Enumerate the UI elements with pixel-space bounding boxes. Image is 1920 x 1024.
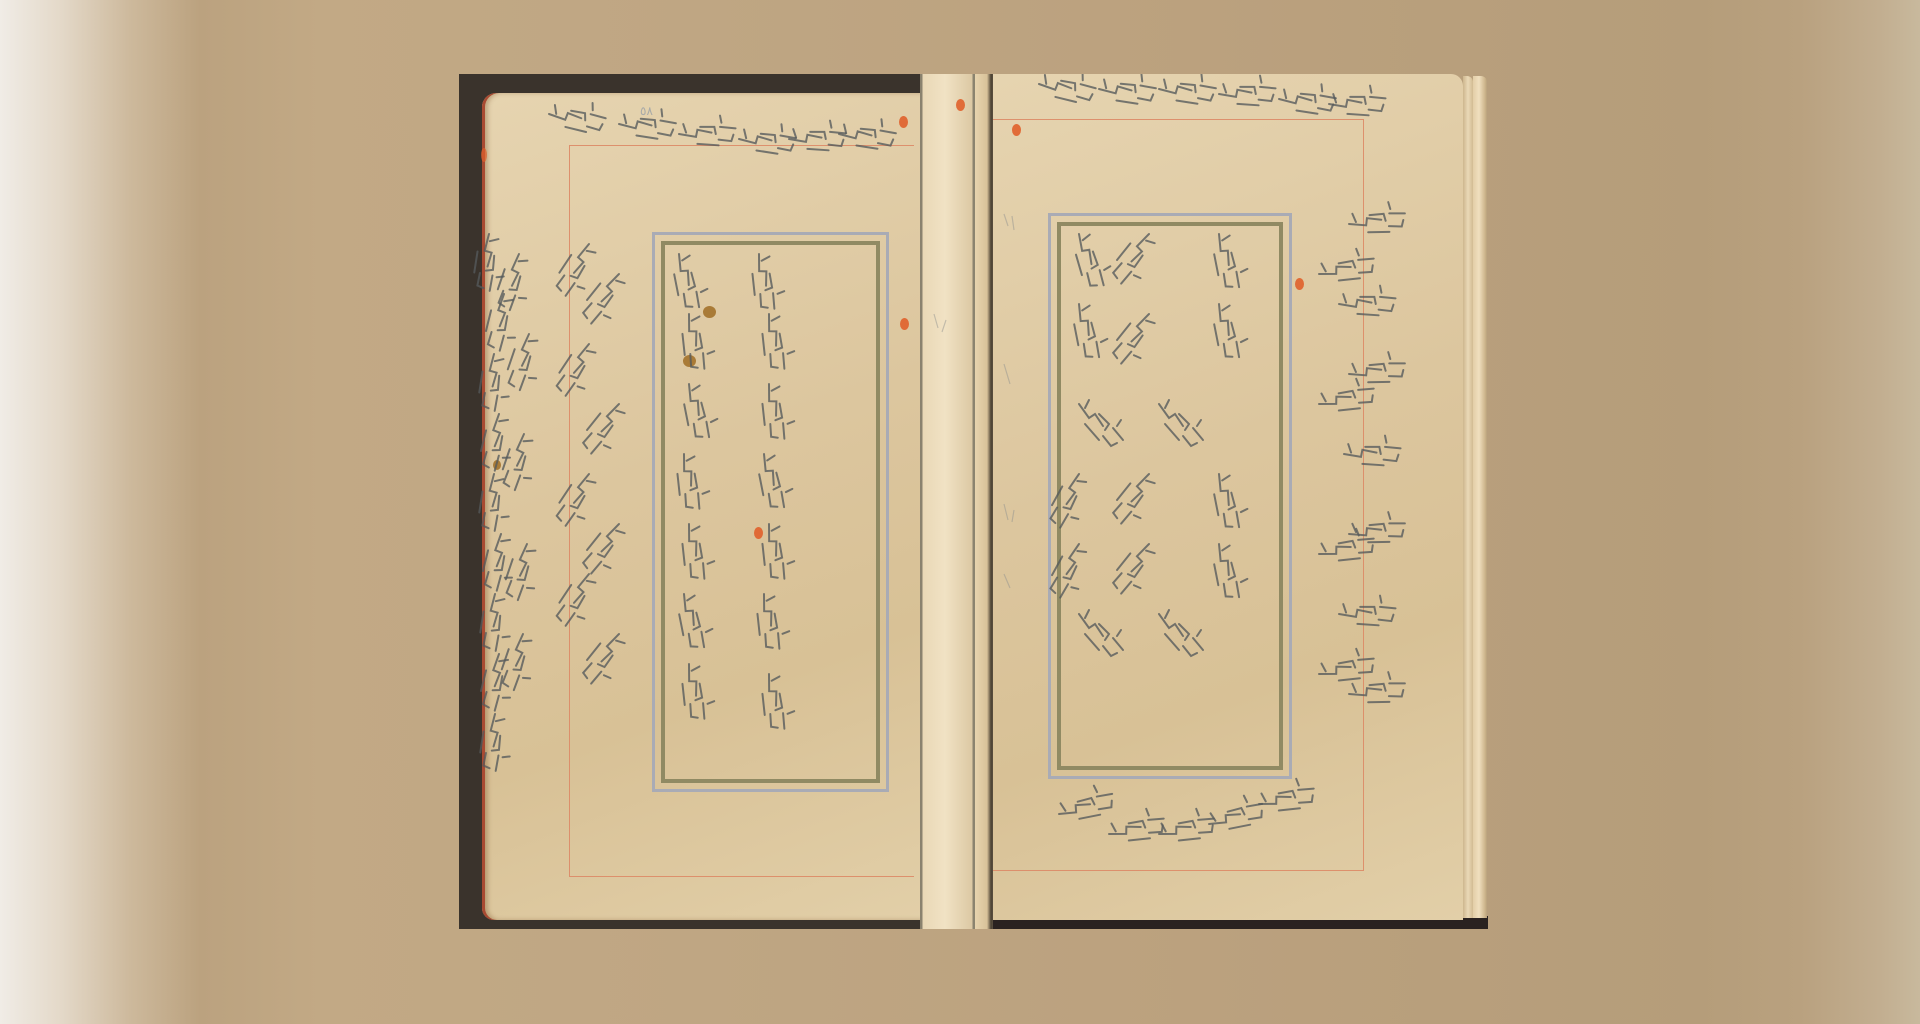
calligraphy-text	[459, 74, 1488, 929]
manuscript-image: ٥٨	[459, 74, 1488, 929]
